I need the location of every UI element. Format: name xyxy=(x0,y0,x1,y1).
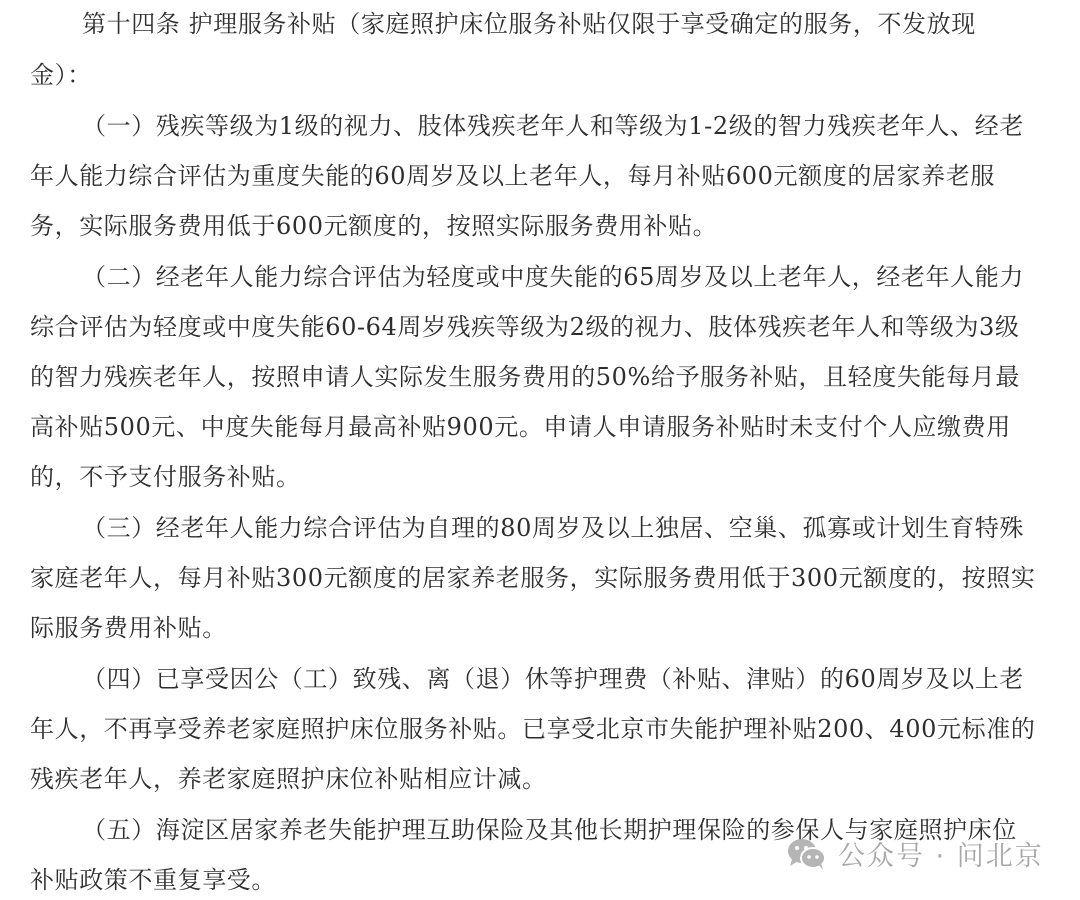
item-4-line-3: 残疾老年人，养老家庭照护床位补贴相应计减。 xyxy=(30,764,547,794)
item-1-line-3: 务，实际服务费用低于600元额度的，按照实际服务费用补贴。 xyxy=(30,211,717,241)
item-5-line-2: 补贴政策不重复享受。 xyxy=(30,865,276,895)
item-4-line-2: 年人，不再享受养老家庭照护床位服务补贴。已享受北京市失能护理补贴200、400元… xyxy=(30,714,1035,744)
article-title-continuation: 金）： xyxy=(30,60,92,90)
item-2-line-5: 的，不予支付服务补贴。 xyxy=(30,462,301,492)
item-1-line-2: 年人能力综合评估为重度失能的60周岁及以上老年人，每月补贴600元额度的居家养老… xyxy=(30,161,995,191)
item-2-line-4: 高补贴500元、中度失能每月最高补贴900元。申请人申请服务补贴时未支付个人应缴… xyxy=(30,412,1011,442)
article-title-line: 第十四条 护理服务补贴（家庭照护床位服务补贴仅限于享受确定的服务，不发放现 xyxy=(82,9,976,39)
item-3-line-2: 家庭老年人，每月补贴300元额度的居家养老服务，实际服务费用低于300元额度的，… xyxy=(30,563,1035,593)
item-2-line-1: （二）经老年人能力综合评估为轻度或中度失能的65周岁及以上老年人，经老年人能力 xyxy=(82,262,1024,292)
wechat-icon xyxy=(786,837,828,871)
item-1-line-1: （一）残疾等级为1级的视力、肢体残疾老年人和等级为1-2级的智力残疾老年人、经老 xyxy=(82,111,1024,141)
watermark: 公众号 · 问北京 xyxy=(786,834,1044,873)
item-2-line-3: 的智力残疾老年人，按照申请人实际发生服务费用的50%给予服务补贴，且轻度失能每月… xyxy=(30,362,1020,392)
watermark-text: 公众号 · 问北京 xyxy=(838,834,1044,873)
item-3-line-1: （三）经老年人能力综合评估为自理的80周岁及以上独居、空巢、孤寡或计划生育特殊 xyxy=(82,513,1024,543)
item-4-line-1: （四）已享受因公（工）致残、离（退）休等护理费（补贴、津贴）的60周岁及以上老 xyxy=(82,664,1024,694)
item-2-line-2: 综合评估为轻度或中度失能60-64周岁残疾等级为2级的视力、肢体残疾老年人和等级… xyxy=(30,312,1020,342)
document-page: 第十四条 护理服务补贴（家庭照护床位服务补贴仅限于享受确定的服务，不发放现 金）… xyxy=(0,0,1080,900)
item-3-line-3: 际服务费用补贴。 xyxy=(30,613,227,643)
